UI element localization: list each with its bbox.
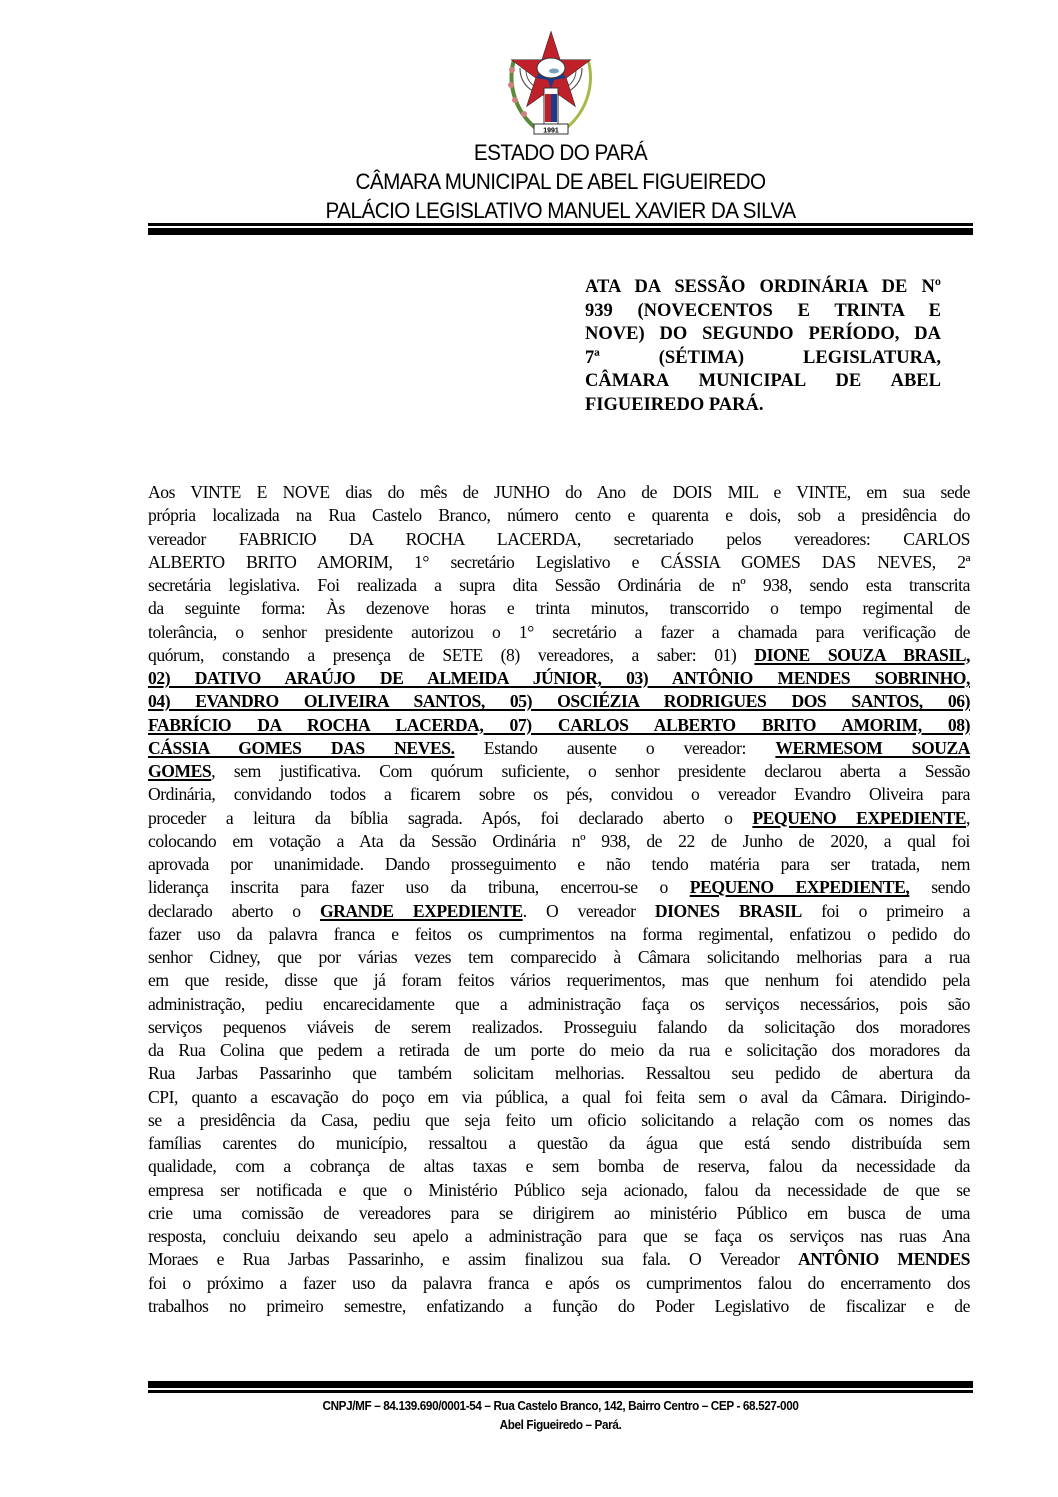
- body-line: resposta, concluiu deixando seu apelo a …: [148, 1225, 970, 1248]
- body-text-segment: administração, pediu encarecidamente que…: [148, 994, 970, 1014]
- body-line: em que reside, disse que já foram feitos…: [148, 969, 970, 992]
- body-line: GOMES, sem justificativa. Com quórum suf…: [148, 760, 970, 783]
- body-line: 02) DATIVO ARAÚJO DE ALMEIDA JÚNIOR, 03)…: [148, 667, 970, 690]
- body-line: crie uma comissão de vereadores para se …: [148, 1202, 970, 1225]
- body-line: serviços pequenos viáveis de serem reali…: [148, 1016, 970, 1039]
- emphasized-text: 04) EVANDRO OLIVEIRA SANTOS, 05) OSCIÉZI…: [148, 691, 970, 711]
- body-line: famílias carentes do município, ressalto…: [148, 1132, 970, 1155]
- title-line: 939 (NOVECENTOS E TRINTA E: [585, 300, 941, 324]
- body-text-segment: foi o próximo a fazer uso da palavra fra…: [148, 1273, 970, 1293]
- body-text-segment: se a presidência da Casa, pediu que seja…: [148, 1110, 970, 1130]
- body-text-segment: Estando ausente o vereador:: [455, 738, 776, 758]
- body-line: CÁSSIA GOMES DAS NEVES. Estando ausente …: [148, 737, 970, 760]
- letterhead-chamber: CÂMARA MUNICIPAL DE ABEL FIGUEIREDO: [181, 167, 940, 196]
- footer-cnpj-address: CNPJ/MF – 84.139.690/0001-54 – Rua Caste…: [189, 1396, 932, 1415]
- body-text-segment: resposta, concluiu deixando seu apelo a …: [148, 1226, 970, 1246]
- document-title: ATA DA SESSÃO ORDINÁRIA DE Nº 939 (NOVEC…: [585, 276, 941, 418]
- body-line: foi o próximo a fazer uso da palavra fra…: [148, 1272, 970, 1295]
- body-text-segment: , sem justificativa. Com quórum suficien…: [211, 761, 970, 781]
- title-line: ATA DA SESSÃO ORDINÁRIA DE Nº: [585, 276, 941, 300]
- title-line: FIGUEIREDO PARÁ.: [585, 394, 941, 418]
- body-line: FABRÍCIO DA ROCHA LACERDA, 07) CARLOS AL…: [148, 714, 970, 737]
- emphasized-text: CÁSSIA GOMES DAS NEVES.: [148, 738, 455, 758]
- title-line: NOVE) DO SEGUNDO PERÍODO, DA: [585, 323, 941, 347]
- title-line: 7ª (SÉTIMA) LEGISLATURA,: [585, 347, 941, 371]
- svg-text:1991: 1991: [543, 128, 559, 135]
- body-text-segment: Rua Jarbas Passarinho que também solicit…: [148, 1063, 970, 1083]
- body-line: própria localizada na Rua Castelo Branco…: [148, 504, 970, 527]
- body-line: aprovada por unanimidade. Dando prossegu…: [148, 853, 970, 876]
- footer-divider-thin: [148, 1390, 973, 1393]
- body-line: administração, pediu encarecidamente que…: [148, 993, 970, 1016]
- body-line: ALBERTO BRITO AMORIM, 1° secretário Legi…: [148, 551, 970, 574]
- emphasized-text: PEQUENO EXPEDIENTE: [752, 808, 966, 828]
- body-text-segment: da Rua Colina que pedem a retirada de um…: [148, 1040, 970, 1060]
- body-text-segment: crie uma comissão de vereadores para se …: [148, 1203, 970, 1223]
- emphasized-text: GOMES: [148, 761, 211, 781]
- body-line: da Rua Colina que pedem a retirada de um…: [148, 1039, 970, 1062]
- body-text-segment: em que reside, disse que já foram feitos…: [148, 970, 970, 990]
- body-text-segment: trabalhos no primeiro semestre, enfatiza…: [148, 1296, 970, 1316]
- emphasized-text: ANTÔNIO MENDES: [798, 1249, 970, 1269]
- letterhead-state: ESTADO DO PARÁ: [181, 138, 940, 167]
- body-line: Aos VINTE E NOVE dias do mês de JUNHO do…: [148, 481, 970, 504]
- body-text-segment: declarado aberto o: [148, 901, 320, 921]
- body-text-segment: sendo: [909, 877, 970, 897]
- body-text-segment: ALBERTO BRITO AMORIM, 1° secretário Legi…: [148, 552, 970, 572]
- emphasized-text: WERMESOM SOUZA: [775, 738, 970, 758]
- emphasized-text: 02) DATIVO ARAÚJO DE ALMEIDA JÚNIOR, 03)…: [148, 668, 970, 688]
- body-line: se a presidência da Casa, pediu que seja…: [148, 1109, 970, 1132]
- letterhead-palace: PALÁCIO LEGISLATIVO MANUEL XAVIER DA SIL…: [181, 196, 940, 225]
- body-text-segment: senhor Cidney, que por várias vezes tem …: [148, 947, 970, 967]
- coat-of-arms-icon: 1991: [498, 30, 604, 138]
- body-text-segment: própria localizada na Rua Castelo Branco…: [148, 505, 970, 525]
- letterhead: ESTADO DO PARÁ CÂMARA MUNICIPAL DE ABEL …: [181, 138, 940, 225]
- body-line: senhor Cidney, que por várias vezes tem …: [148, 946, 970, 969]
- body-line: fazer uso da palavra franca e feitos os …: [148, 923, 970, 946]
- emphasized-text: FABRÍCIO DA ROCHA LACERDA, 07) CARLOS AL…: [148, 715, 970, 735]
- body-text-segment: colocando em votação a Ata da Sessão Ord…: [148, 831, 970, 851]
- body-line: declarado aberto o GRANDE EXPEDIENTE. O …: [148, 900, 970, 923]
- emphasized-text: GRANDE EXPEDIENTE: [320, 901, 523, 921]
- body-text-segment: secretária legislativa. Foi realizada a …: [148, 575, 970, 595]
- body-text-segment: CPI, quanto a escavação do poço em via p…: [148, 1087, 970, 1107]
- body-text-segment: fazer uso da palavra franca e feitos os …: [148, 924, 970, 944]
- body-text-segment: aprovada por unanimidade. Dando prossegu…: [148, 854, 970, 874]
- body-text-segment: ,: [966, 808, 970, 828]
- body-text-segment: famílias carentes do município, ressalto…: [148, 1133, 970, 1153]
- body-line: 04) EVANDRO OLIVEIRA SANTOS, 05) OSCIÉZI…: [148, 690, 970, 713]
- body-text-segment: quórum, constando a presença de SETE (8)…: [148, 645, 754, 665]
- emphasized-text: PEQUENO EXPEDIENTE,: [690, 877, 910, 897]
- minutes-body: Aos VINTE E NOVE dias do mês de JUNHO do…: [148, 481, 970, 1318]
- footer-address: CNPJ/MF – 84.139.690/0001-54 – Rua Caste…: [148, 1396, 973, 1434]
- body-line: empresa ser notificada e que o Ministéri…: [148, 1179, 970, 1202]
- body-text-segment: . O vereador: [523, 901, 655, 921]
- body-line: Rua Jarbas Passarinho que também solicit…: [148, 1062, 970, 1085]
- body-text-segment: da seguinte forma: Às dezenove horas e t…: [148, 598, 970, 618]
- body-line: colocando em votação a Ata da Sessão Ord…: [148, 830, 970, 853]
- body-line: CPI, quanto a escavação do poço em via p…: [148, 1086, 970, 1109]
- emphasized-text: DIONES BRASIL: [655, 901, 802, 921]
- body-line: vereador FABRICIO DA ROCHA LACERDA, secr…: [148, 528, 970, 551]
- body-text-segment: empresa ser notificada e que o Ministéri…: [148, 1180, 970, 1200]
- body-line: qualidade, com a cobrança de altas taxas…: [148, 1155, 970, 1178]
- body-line: Ordinária, convidando todos a ficarem so…: [148, 783, 970, 806]
- body-text-segment: proceder a leitura da bíblia sagrada. Ap…: [148, 808, 752, 828]
- header-divider-thin: [148, 223, 973, 226]
- body-line: tolerância, o senhor presidente autorizo…: [148, 621, 970, 644]
- body-line: trabalhos no primeiro semestre, enfatiza…: [148, 1295, 970, 1318]
- body-line: proceder a leitura da bíblia sagrada. Ap…: [148, 807, 970, 830]
- body-line: Moraes e Rua Jarbas Passarinho, e assim …: [148, 1248, 970, 1271]
- body-text-segment: liderança inscrita para fazer uso da tri…: [148, 877, 690, 897]
- footer-divider-thick: [148, 1381, 973, 1388]
- title-line: CÂMARA MUNICIPAL DE ABEL: [585, 370, 941, 394]
- emphasized-text: DIONE SOUZA BRASIL,: [754, 645, 970, 665]
- body-text-segment: serviços pequenos viáveis de serem reali…: [148, 1017, 970, 1037]
- header-divider-thick: [148, 228, 973, 235]
- body-text-segment: qualidade, com a cobrança de altas taxas…: [148, 1156, 970, 1176]
- footer-city: Abel Figueiredo – Pará.: [189, 1415, 932, 1434]
- body-text-segment: tolerância, o senhor presidente autorizo…: [148, 622, 970, 642]
- body-text-segment: Aos VINTE E NOVE dias do mês de JUNHO do…: [148, 482, 970, 502]
- body-line: quórum, constando a presença de SETE (8)…: [148, 644, 970, 667]
- body-text-segment: Moraes e Rua Jarbas Passarinho, e assim …: [148, 1249, 798, 1269]
- body-text-segment: foi o primeiro a: [802, 901, 970, 921]
- body-text-segment: Ordinária, convidando todos a ficarem so…: [148, 784, 970, 804]
- body-line: liderança inscrita para fazer uso da tri…: [148, 876, 970, 899]
- body-line: secretária legislativa. Foi realizada a …: [148, 574, 970, 597]
- body-line: da seguinte forma: Às dezenove horas e t…: [148, 597, 970, 620]
- body-text-segment: vereador FABRICIO DA ROCHA LACERDA, secr…: [148, 529, 970, 549]
